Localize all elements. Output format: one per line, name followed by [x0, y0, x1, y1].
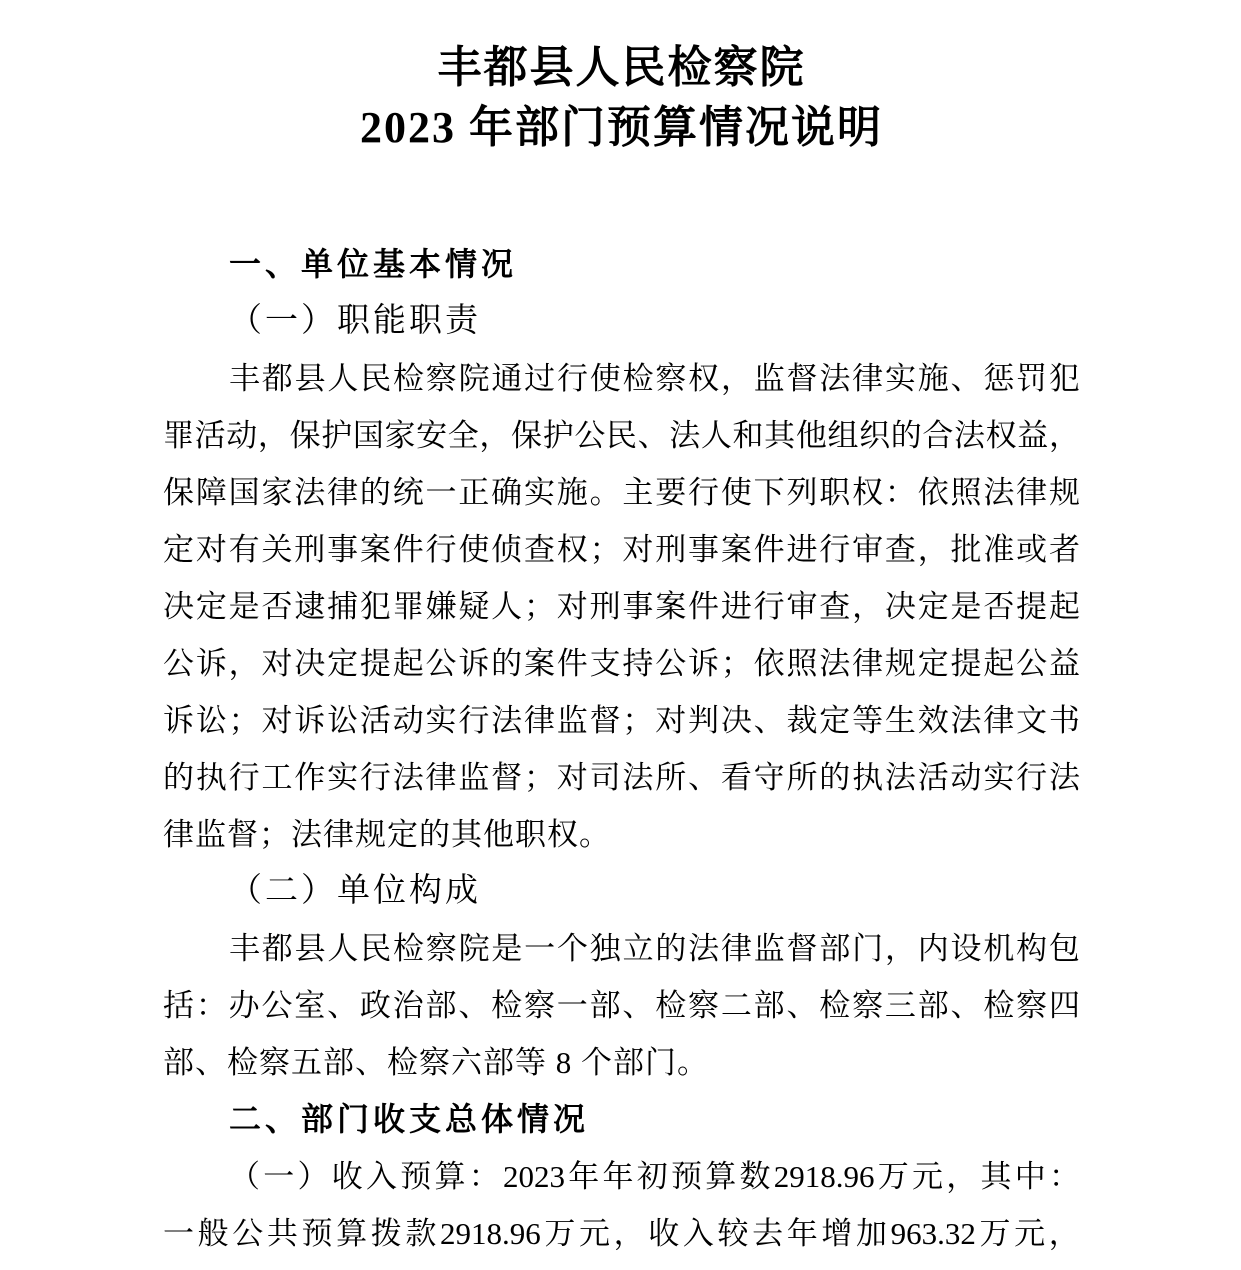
text-run: 、: [622, 977, 653, 1034]
text-line: 保障国家法律的统一正确实施。主要行使下列职权：依照法律规: [163, 464, 1080, 521]
text-run: 动: [951, 749, 982, 806]
text-line: （一）收入预算：2023年年初预算数2918.96万元，其中：: [163, 1148, 1080, 1205]
text-run: 起: [393, 635, 424, 692]
text-run: 监: [458, 749, 489, 806]
text-run: 律: [426, 749, 457, 806]
sub-section-heading: （一）职能职责: [163, 293, 1080, 350]
text-run: 对: [557, 749, 588, 806]
text-run: 提: [1016, 578, 1047, 635]
text-run: 一: [163, 1205, 194, 1262]
text-run: 法: [951, 692, 982, 749]
text-run: 国: [353, 407, 384, 464]
text-run: 法: [393, 749, 424, 806]
text-run: 政: [360, 977, 391, 1034]
text-run: 确: [491, 464, 522, 521]
text-run: 合: [922, 407, 953, 464]
text-run: 下: [754, 464, 785, 521]
text-run: 所: [655, 749, 686, 806]
text-run: 裁: [786, 692, 817, 749]
text-run: 督: [590, 692, 621, 749]
text-run: 察: [688, 977, 719, 1034]
text-run: 书: [1049, 692, 1080, 749]
text-run: 对: [261, 635, 292, 692]
text-run: 行: [229, 749, 260, 806]
text-run: 益: [1017, 407, 1048, 464]
text-run: 者: [1049, 521, 1080, 578]
text-run: 查: [885, 521, 916, 578]
text-run: 通: [491, 350, 522, 407]
text-run: 包: [1049, 920, 1080, 977]
text-run: ；: [622, 692, 653, 749]
text-run: 对: [655, 692, 686, 749]
text-run: 元: [1014, 1205, 1045, 1262]
text-run: ，: [258, 407, 289, 464]
text-run: 、: [951, 977, 982, 1034]
text-run: 公: [1016, 635, 1047, 692]
text-run: ，: [1049, 1205, 1080, 1262]
text-run: 丰: [229, 920, 260, 977]
text-run: 963.32: [891, 1205, 976, 1262]
text-run: 定: [918, 635, 949, 692]
text-run: 室: [294, 977, 325, 1034]
text-run: 办: [229, 977, 260, 1034]
text-run: 初: [637, 1148, 668, 1205]
text-line: 一般公共预算拨款2918.96万元，收入较去年增加963.32万元，: [163, 1205, 1080, 1262]
text-run: 督: [491, 749, 522, 806]
text-run: 依: [754, 635, 785, 692]
text-run: 讼: [196, 692, 227, 749]
text-run: 和: [733, 407, 764, 464]
text-run: 收: [332, 1148, 363, 1205]
text-run: 对: [196, 521, 227, 578]
text-run: ，: [852, 578, 883, 635]
text-run: 案: [655, 578, 686, 635]
text-run: 守: [754, 749, 785, 806]
text-run: 起: [1049, 578, 1080, 635]
text-run: 动: [226, 407, 257, 464]
text-run: 法: [491, 692, 522, 749]
text-run: 察: [426, 350, 457, 407]
text-run: 诉: [294, 692, 325, 749]
text-run: 决: [294, 635, 325, 692]
text-run: 预: [400, 1148, 431, 1205]
document-title: 丰都县人民检察院 2023 年部门预算情况说明: [163, 38, 1080, 158]
text-run: ；: [590, 521, 621, 578]
text-run: 过: [524, 350, 555, 407]
text-run: 执: [852, 749, 883, 806]
text-run: 法: [819, 635, 850, 692]
text-run: 部: [590, 977, 621, 1034]
text-run: 讼: [327, 692, 358, 749]
text-run: 察: [852, 977, 883, 1034]
text-run: ）: [298, 1148, 329, 1205]
text-run: 家: [384, 407, 415, 464]
text-run: 算: [705, 1148, 736, 1205]
text-run: 公: [574, 407, 605, 464]
text-run: 案: [360, 521, 391, 578]
text-run: 诉: [196, 635, 227, 692]
text-run: 预: [302, 1205, 333, 1262]
section-heading: 二、部门收支总体情况: [163, 1091, 1080, 1148]
text-run: 2918.96: [774, 1148, 875, 1205]
text-run: 、: [458, 977, 489, 1034]
text-run: ；: [524, 749, 555, 806]
text-run: 人: [327, 920, 358, 977]
text-run: 、: [638, 407, 669, 464]
text-run: 案: [524, 635, 555, 692]
text-run: 否: [983, 578, 1014, 635]
text-run: 照: [786, 635, 817, 692]
text-run: 民: [606, 407, 637, 464]
text-run: 施: [557, 464, 588, 521]
text-run: 般: [198, 1205, 229, 1262]
text-run: 。: [590, 464, 621, 521]
text-run: 使: [458, 521, 489, 578]
text-run: 权: [986, 407, 1017, 464]
text-run: 列: [786, 464, 817, 521]
text-run: 定: [196, 578, 227, 635]
text-run: 他: [796, 407, 827, 464]
document-body: 一、单位基本情况（一）职能职责丰都县人民检察院通过行使检察权，监督法律实施、惩罚…: [163, 236, 1080, 1262]
text-run: ，: [479, 407, 510, 464]
text-run: ：: [469, 1148, 500, 1205]
text-run: 组: [827, 407, 858, 464]
text-run: 部: [754, 977, 785, 1034]
text-run: 查: [524, 521, 555, 578]
text-run: （: [229, 1148, 260, 1205]
text-run: 刑: [590, 578, 621, 635]
text-run: 部: [426, 977, 457, 1034]
text-line: 公诉，对决定提起公诉的案件支持公诉；依照法律规定提起公益: [163, 635, 1080, 692]
text-line: 部、检察五部、检察六部等 8 个部门。: [163, 1034, 1080, 1091]
text-run: 支: [590, 635, 621, 692]
text-run: 保: [290, 407, 321, 464]
text-run: 收: [648, 1205, 679, 1262]
text-run: 万: [878, 1148, 909, 1205]
text-run: 是: [229, 578, 260, 635]
text-run: 照: [951, 464, 982, 521]
text-run: 查: [819, 578, 850, 635]
text-run: 法: [622, 749, 653, 806]
text-run: ；: [524, 578, 555, 635]
text-run: 2918.96: [440, 1205, 541, 1262]
text-run: 察: [524, 977, 555, 1034]
text-run: 共: [267, 1205, 298, 1262]
text-run: 案: [721, 521, 752, 578]
text-run: 、: [786, 977, 817, 1034]
text-run: 益: [1049, 635, 1080, 692]
text-run: 的: [491, 635, 522, 692]
text-run: 审: [786, 578, 817, 635]
text-run: 实: [327, 749, 358, 806]
text-run: 看: [721, 749, 752, 806]
text-run: 法: [885, 749, 916, 806]
text-run: 判: [688, 692, 719, 749]
text-run: 安: [416, 407, 447, 464]
text-run: 、: [327, 977, 358, 1034]
text-run: 行: [1016, 749, 1047, 806]
text-run: 元: [912, 1148, 943, 1205]
text-run: 动: [393, 692, 424, 749]
text-run: 刑: [294, 521, 325, 578]
text-run: 入: [683, 1205, 714, 1262]
text-run: 察: [655, 350, 686, 407]
text-run: 人: [491, 578, 522, 635]
text-run: 三: [885, 977, 916, 1034]
text-run: ，: [885, 920, 916, 977]
text-run: ，: [721, 350, 752, 407]
text-run: 行: [557, 350, 588, 407]
text-run: 治: [393, 977, 424, 1034]
text-run: 实: [983, 749, 1014, 806]
text-run: 护: [543, 407, 574, 464]
text-run: 规: [885, 635, 916, 692]
text-run: 万: [544, 1205, 575, 1262]
text-run: 准: [983, 521, 1014, 578]
text-run: ，: [918, 521, 949, 578]
text-run: 关: [261, 521, 292, 578]
text-run: 活: [918, 749, 949, 806]
text-run: 行: [426, 521, 457, 578]
text-run: 加: [856, 1205, 887, 1262]
text-run: 疑: [458, 578, 489, 635]
text-run: 律: [852, 350, 883, 407]
text-run: 独: [590, 920, 621, 977]
text-run: 款: [405, 1205, 436, 1262]
text-run: 拨: [371, 1205, 402, 1262]
text-run: 律: [983, 692, 1014, 749]
text-run: 件: [393, 521, 424, 578]
text-run: 提: [951, 635, 982, 692]
text-run: 使: [721, 464, 752, 521]
text-run: 进: [786, 521, 817, 578]
text-run: 机: [983, 920, 1014, 977]
text-run: 中: [1015, 1148, 1046, 1205]
text-run: 行: [458, 692, 489, 749]
text-line: 律监督；法律规定的其他职权。: [163, 806, 1080, 863]
text-run: 审: [852, 521, 883, 578]
text-run: 逮: [294, 578, 325, 635]
sub-section-heading: （二）单位构成: [163, 863, 1080, 920]
text-run: 作: [294, 749, 325, 806]
text-run: 家: [261, 464, 292, 521]
text-run: 保: [163, 464, 194, 521]
text-run: 律: [524, 692, 555, 749]
text-run: 、: [688, 749, 719, 806]
text-run: 监: [754, 350, 785, 407]
paragraph: 丰都县人民检察院是一个独立的法律监督部门，内设机构包括：办公室、政治部、检察一部…: [163, 920, 1080, 1091]
text-run: 都: [262, 920, 293, 977]
text-run: 是: [491, 920, 522, 977]
text-run: 嫌: [426, 578, 457, 635]
text-run: 主: [622, 464, 653, 521]
text-run: 检: [393, 920, 424, 977]
text-run: 监: [754, 920, 785, 977]
text-run: 检: [655, 977, 686, 1034]
text-run: 效: [918, 692, 949, 749]
text-run: ：: [196, 977, 227, 1034]
text-run: 文: [1016, 692, 1047, 749]
text-run: 括: [163, 977, 194, 1034]
text-run: 公: [261, 977, 292, 1034]
text-run: 法: [819, 350, 850, 407]
text-run: 人: [701, 407, 732, 464]
text-run: 件: [557, 635, 588, 692]
paragraph: 丰都县人民检察院通过行使检察权，监督法律实施、惩罚犯罪活动，保护国家安全，保护公…: [163, 350, 1080, 863]
text-run: 入: [366, 1148, 397, 1205]
text-run: 活: [195, 407, 226, 464]
text-run: 检: [819, 977, 850, 1034]
text-run: 公: [232, 1205, 263, 1262]
text-run: 去: [752, 1205, 783, 1262]
text-run: 批: [951, 521, 982, 578]
text-run: 法: [1049, 749, 1080, 806]
text-run: 2023: [503, 1148, 565, 1205]
text-run: 定: [819, 692, 850, 749]
text-line: 丰都县人民检察院通过行使检察权，监督法律实施、惩罚犯: [163, 350, 1080, 407]
text-run: 算: [435, 1148, 466, 1205]
text-run: 院: [459, 920, 490, 977]
document-page: 丰都县人民检察院 2023 年部门预算情况说明 一、单位基本情况（一）职能职责丰…: [0, 0, 1241, 1270]
text-run: 、: [951, 350, 982, 407]
text-run: 决: [885, 578, 916, 635]
text-run: 或: [1016, 521, 1047, 578]
text-run: 县: [295, 920, 326, 977]
text-run: 统: [393, 464, 424, 521]
text-run: 个: [557, 920, 588, 977]
text-run: ；: [721, 635, 752, 692]
text-run: 一: [426, 464, 457, 521]
text-line: 罪活动，保护国家安全，保护公民、法人和其他组织的合法权益，: [163, 407, 1080, 464]
text-run: 公: [426, 635, 457, 692]
text-run: 检: [983, 977, 1014, 1034]
text-run: 增: [821, 1205, 852, 1262]
text-run: 人: [327, 350, 358, 407]
text-run: 的: [163, 749, 194, 806]
text-run: 事: [622, 578, 653, 635]
text-run: 行: [819, 521, 850, 578]
text-run: 都: [262, 350, 293, 407]
text-run: 丰: [229, 350, 260, 407]
text-run: 生: [885, 692, 916, 749]
text-run: 权: [557, 521, 588, 578]
text-run: 保: [511, 407, 542, 464]
text-run: 县: [295, 350, 326, 407]
text-run: 护: [321, 407, 352, 464]
text-run: 捕: [327, 578, 358, 635]
text-run: 内: [918, 920, 949, 977]
text-run: 实: [885, 350, 916, 407]
text-run: 律: [327, 464, 358, 521]
text-run: 罪: [163, 407, 194, 464]
text-run: 对: [261, 692, 292, 749]
title-line-2: 2023 年部门预算情况说明: [163, 98, 1080, 158]
text-run: 诉: [688, 635, 719, 692]
text-run: 否: [261, 578, 292, 635]
text-run: 活: [360, 692, 391, 749]
text-run: 公: [163, 635, 194, 692]
text-run: ，: [946, 1148, 977, 1205]
text-run: 障: [196, 464, 227, 521]
text-line: 的执行工作实行法律监督；对司法所、看守所的执法活动实行法: [163, 749, 1080, 806]
text-run: 罪: [393, 578, 424, 635]
text-run: 预: [671, 1148, 702, 1205]
text-run: 察: [1016, 977, 1047, 1034]
text-run: 部: [819, 920, 850, 977]
text-line: 丰都县人民检察院是一个独立的法律监督部门，内设机构包: [163, 920, 1080, 977]
text-line: 诉讼；对诉讼活动实行法律监督；对判决、裁定等生效法律文书: [163, 692, 1080, 749]
text-run: 数: [740, 1148, 771, 1205]
text-run: 督: [787, 350, 818, 407]
text-run: 起: [983, 635, 1014, 692]
text-run: 元: [579, 1205, 610, 1262]
text-run: 决: [721, 692, 752, 749]
text-run: 构: [1016, 920, 1047, 977]
text-run: 施: [918, 350, 949, 407]
text-run: 件: [754, 521, 785, 578]
text-run: 一: [557, 977, 588, 1034]
text-run: 所: [786, 749, 817, 806]
text-run: ，: [1049, 407, 1080, 464]
text-run: 年: [787, 1205, 818, 1262]
text-run: 律: [852, 635, 883, 692]
text-run: 依: [918, 464, 949, 521]
text-run: 犯: [1049, 350, 1080, 407]
text-run: 对: [557, 578, 588, 635]
text-run: 法: [983, 464, 1014, 521]
text-run: 检: [623, 350, 654, 407]
text-run: 算: [336, 1205, 367, 1262]
text-run: 其: [981, 1148, 1012, 1205]
text-run: 诉: [458, 635, 489, 692]
text-run: 民: [360, 350, 391, 407]
text-run: 万: [980, 1205, 1011, 1262]
text-run: 一: [524, 920, 555, 977]
text-run: 使: [590, 350, 621, 407]
text-run: 要: [655, 464, 686, 521]
text-run: 法: [669, 407, 700, 464]
text-run: 立: [623, 920, 654, 977]
text-run: 、: [754, 692, 785, 749]
text-run: 决: [163, 578, 194, 635]
text-run: 司: [590, 749, 621, 806]
text-run: 年: [568, 1148, 599, 1205]
text-run: 的: [360, 464, 391, 521]
text-run: ，: [614, 1205, 645, 1262]
text-run: 进: [721, 578, 752, 635]
text-run: 公: [655, 635, 686, 692]
text-run: 刑: [655, 521, 686, 578]
text-run: 规: [1049, 464, 1080, 521]
text-run: 犯: [360, 578, 391, 635]
text-run: 事: [327, 521, 358, 578]
text-run: 定: [163, 521, 194, 578]
text-line: 定对有关刑事案件行使侦查权；对刑事案件进行审查，批准或者: [163, 521, 1080, 578]
text-run: 其: [764, 407, 795, 464]
paragraph: （一）收入预算：2023年年初预算数2918.96万元，其中：一般公共预算拨款2…: [163, 1148, 1080, 1262]
content-column: 丰都县人民检察院 2023 年部门预算情况说明 一、单位基本情况（一）职能职责丰…: [163, 0, 1080, 1262]
title-line-1: 丰都县人民检察院: [163, 38, 1080, 98]
text-run: 实: [426, 692, 457, 749]
text-run: 察: [426, 920, 457, 977]
text-run: 年: [603, 1148, 634, 1205]
text-run: 国: [229, 464, 260, 521]
text-run: ，: [229, 635, 260, 692]
text-run: ：: [885, 464, 916, 521]
text-run: ；: [229, 692, 260, 749]
text-run: 律: [721, 920, 752, 977]
text-line: 括：办公室、政治部、检察一部、检察二部、检察三部、检察四: [163, 977, 1080, 1034]
